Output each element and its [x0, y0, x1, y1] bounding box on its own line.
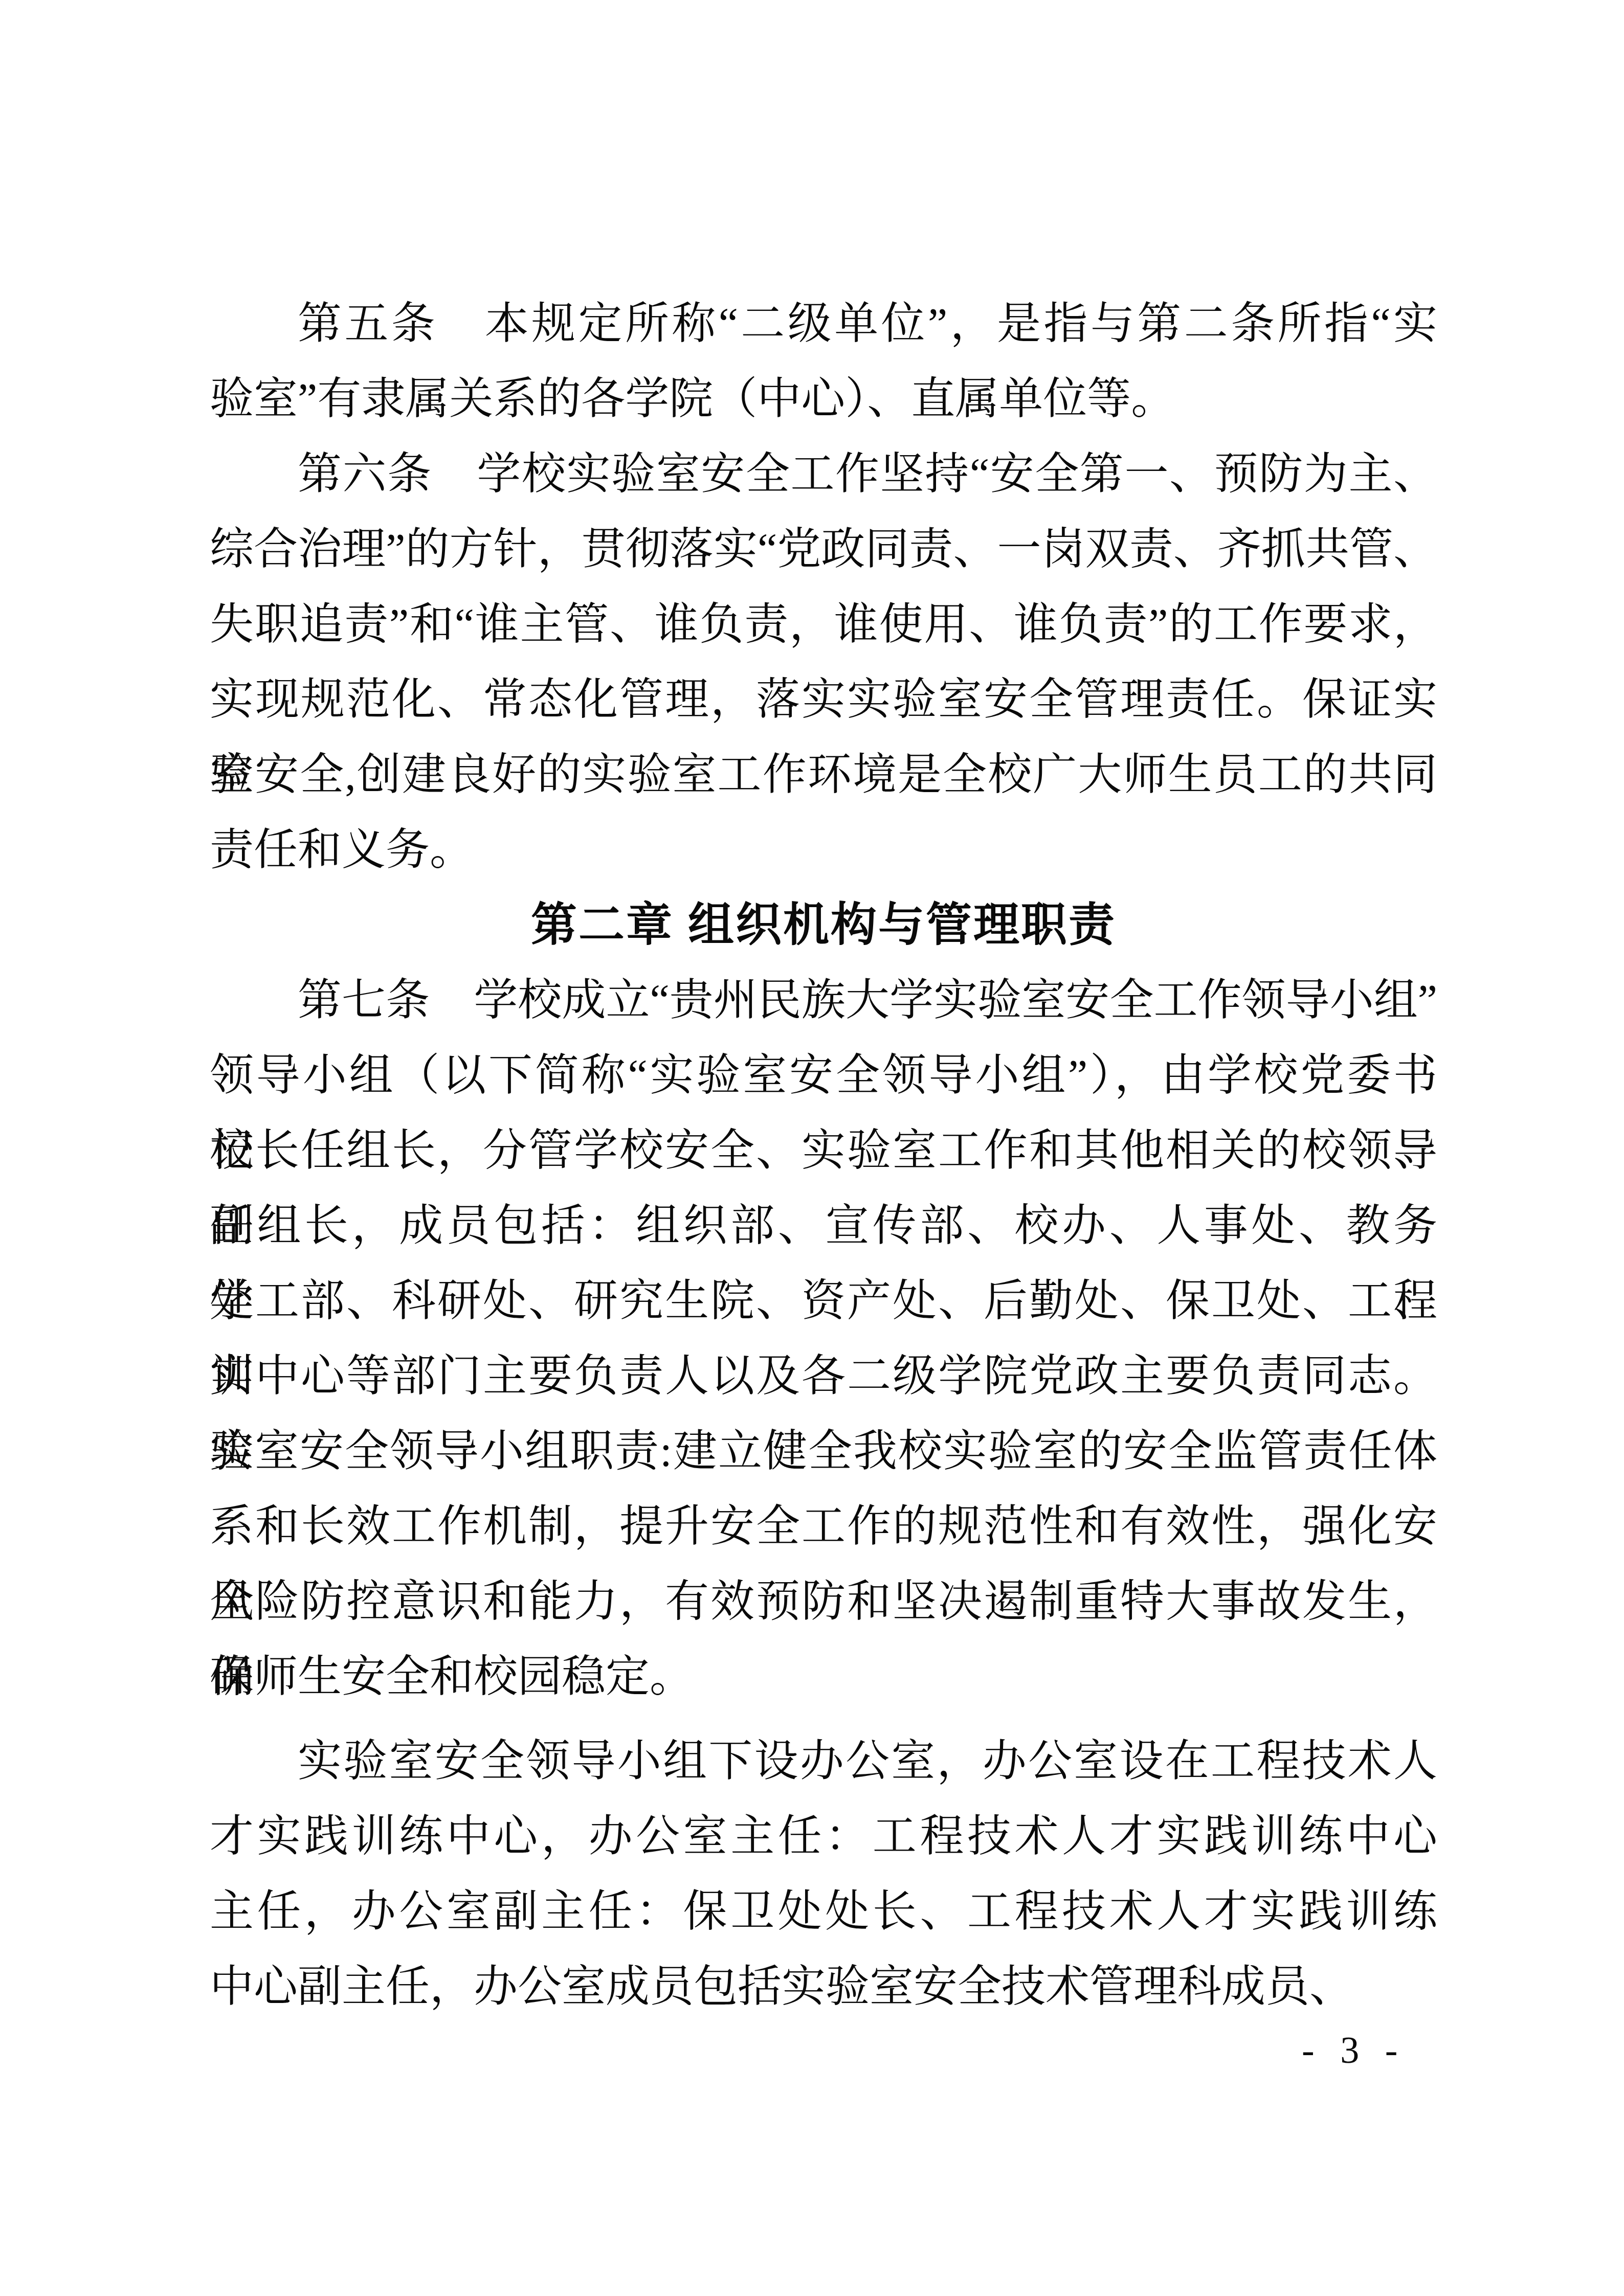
- text-line: 综合治理”的方针，贯彻落实“党政同责、一岗双责、齐抓共管、: [210, 512, 1437, 587]
- text-line: 失职追责”和“谁主管、谁负责，谁使用、谁负责”的工作要求，: [210, 587, 1437, 662]
- text-line: 系和长效工作机制，提升安全工作的规范性和有效性，强化安全: [210, 1489, 1437, 1564]
- text-line: 学工部、科研处、研究生院、资产处、后勤处、保卫处、工程实: [210, 1264, 1437, 1339]
- text-line: 中心副主任，办公室成员包括实验室安全技术管理科成员、: [210, 1949, 1437, 2024]
- text-line: 副组长，成员包括：组织部、宣传部、校办、人事处、教务处、: [210, 1188, 1437, 1264]
- page-number: - 3 -: [1302, 2029, 1406, 2073]
- text-line: 实现规范化、常态化管理，落实实验室安全管理责任。保证实验: [210, 662, 1437, 737]
- text-line: 室安全,创建良好的实验室工作环境是全校广大师生员工的共同: [210, 737, 1437, 813]
- text-line: 验室安全领导小组职责:建立健全我校实验室的安全监管责任体: [210, 1414, 1437, 1489]
- text-line: 第七条 学校成立“贵州民族大学实验室安全工作领导小组”: [210, 963, 1437, 1038]
- text-line: 责任和义务。: [210, 813, 1437, 888]
- text-line: 第五条 本规定所称“二级单位”，是指与第二条所指“实: [210, 286, 1437, 362]
- text-line: 第六条 学校实验室安全工作坚持“安全第一、预防为主、: [210, 437, 1437, 512]
- chapter-heading: 第二章 组织机构与管理职责: [210, 888, 1437, 963]
- document-page: 第五条 本规定所称“二级单位”，是指与第二条所指“实验室”有隶属关系的各学院（中…: [0, 0, 1624, 2296]
- text-line: 领导小组（以下简称“实验室安全领导小组”），由学校党委书记、: [210, 1038, 1437, 1113]
- text-line: 风险防控意识和能力，有效预防和坚决遏制重特大事故发生，确: [210, 1564, 1437, 1639]
- document-body: 第五条 本规定所称“二级单位”，是指与第二条所指“实验室”有隶属关系的各学院（中…: [210, 286, 1437, 2024]
- text-line: 保师生安全和校园稳定。: [210, 1639, 1437, 1715]
- text-line: 主任，办公室副主任：保卫处处长、工程技术人才实践训练: [210, 1874, 1437, 1949]
- text-line: 验室”有隶属关系的各学院（中心）、直属单位等。: [210, 362, 1437, 437]
- text-line: 实验室安全领导小组下设办公室，办公室设在工程技术人: [210, 1724, 1437, 1799]
- text-line: 训中心等部门主要负责人以及各二级学院党政主要负责同志。实: [210, 1339, 1437, 1414]
- text-line: 校长任组长，分管学校安全、实验室工作和其他相关的校领导任: [210, 1113, 1437, 1188]
- text-line: 才实践训练中心，办公室主任：工程技术人才实践训练中心: [210, 1799, 1437, 1874]
